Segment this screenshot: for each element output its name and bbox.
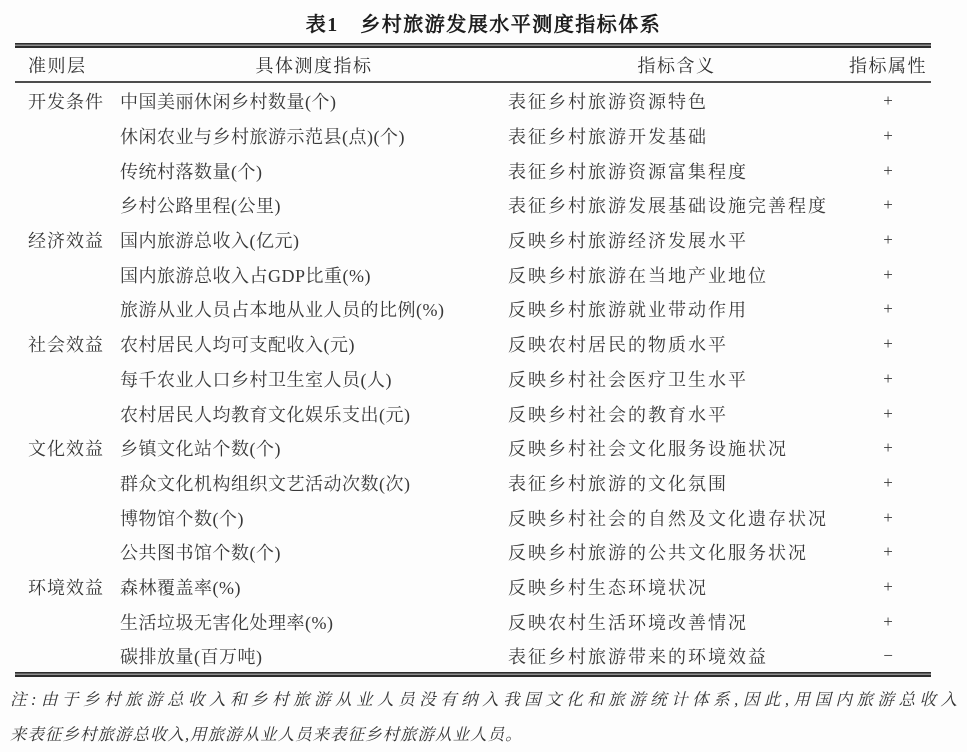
meaning-cell: 反映乡村旅游在当地产业地位 xyxy=(508,262,845,288)
table-row: 国内旅游总收入占GDP比重(%)反映乡村旅游在当地产业地位+ xyxy=(15,257,931,292)
table-row: 农村居民人均教育文化娱乐支出(元)反映乡村社会的教育水平+ xyxy=(15,396,931,431)
paper-page: 表1 乡村旅游发展水平测度指标体系 准则层 具体测度指标 指标含义 指标属性 开… xyxy=(0,0,967,752)
criterion-cell: 经济效益 xyxy=(15,227,120,253)
attribute-cell: + xyxy=(845,265,931,285)
indicator-cell: 博物馆个数(个) xyxy=(120,505,508,531)
table-caption: 表1 乡村旅游发展水平测度指标体系 xyxy=(0,8,967,37)
table-row: 每千农业人口乡村卫生室人员(人)反映乡村社会医疗卫生水平+ xyxy=(15,362,931,397)
indicator-cell: 农村居民人均可支配收入(元) xyxy=(120,331,508,357)
indicator-cell: 乡村公路里程(公里) xyxy=(120,192,508,218)
table-row: 文化效益乡镇文化站个数(个)反映乡村社会文化服务设施状况+ xyxy=(15,431,931,466)
attribute-cell: + xyxy=(845,473,931,493)
attribute-cell: + xyxy=(845,126,931,146)
table-row: 乡村公路里程(公里)表征乡村旅游发展基础设施完善程度+ xyxy=(15,188,931,223)
attribute-cell: + xyxy=(845,369,931,389)
meaning-cell: 反映乡村社会文化服务设施状况 xyxy=(508,435,845,461)
attribute-cell: + xyxy=(845,404,931,424)
attribute-cell: + xyxy=(845,542,931,562)
meaning-cell: 反映乡村社会医疗卫生水平 xyxy=(508,366,845,392)
meaning-cell: 反映乡村旅游的公共文化服务状况 xyxy=(508,539,845,565)
indicator-cell: 公共图书馆个数(个) xyxy=(120,539,508,565)
attribute-cell: + xyxy=(845,161,931,181)
indicator-cell: 休闲农业与乡村旅游示范县(点)(个) xyxy=(120,123,508,149)
criterion-cell: 环境效益 xyxy=(15,574,120,600)
indicator-cell: 森林覆盖率(%) xyxy=(120,574,508,600)
table-row: 开发条件中国美丽休闲乡村数量(个)表征乡村旅游资源特色+ xyxy=(15,84,931,119)
indicator-cell: 传统村落数量(个) xyxy=(120,158,508,184)
indicator-cell: 旅游从业人员占本地从业人员的比例(%) xyxy=(120,296,508,322)
indicator-cell: 农村居民人均教育文化娱乐支出(元) xyxy=(120,401,508,427)
indicator-cell: 生活垃圾无害化处理率(%) xyxy=(120,609,508,635)
table-row: 群众文化机构组织文艺活动次数(次)表征乡村旅游的文化氛围+ xyxy=(15,466,931,501)
meaning-cell: 表征乡村旅游的文化氛围 xyxy=(508,470,845,496)
table-row: 经济效益国内旅游总收入(亿元)反映乡村旅游经济发展水平+ xyxy=(15,223,931,258)
indicator-cell: 中国美丽休闲乡村数量(个) xyxy=(120,88,508,114)
table-row: 博物馆个数(个)反映乡村社会的自然及文化遗存状况+ xyxy=(15,500,931,535)
table-row: 旅游从业人员占本地从业人员的比例(%)反映乡村旅游就业带动作用+ xyxy=(15,292,931,327)
meaning-cell: 反映农村生活环境改善情况 xyxy=(508,609,845,635)
meaning-cell: 表征乡村旅游资源富集程度 xyxy=(508,158,845,184)
table-header-rule xyxy=(15,81,931,83)
attribute-cell: + xyxy=(845,612,931,632)
meaning-cell: 反映农村居民的物质水平 xyxy=(508,331,845,357)
header-indicator-meaning: 指标含义 xyxy=(508,52,845,78)
table-row: 环境效益森林覆盖率(%)反映乡村生态环境状况+ xyxy=(15,570,931,605)
meaning-cell: 表征乡村旅游发展基础设施完善程度 xyxy=(508,192,845,218)
indicator-cell: 每千农业人口乡村卫生室人员(人) xyxy=(120,366,508,392)
table-header-row: 准则层 具体测度指标 指标含义 指标属性 xyxy=(15,48,931,81)
attribute-cell: + xyxy=(845,508,931,528)
table-row: 社会效益农村居民人均可支配收入(元)反映农村居民的物质水平+ xyxy=(15,327,931,362)
criterion-cell: 社会效益 xyxy=(15,331,120,357)
attribute-cell: − xyxy=(845,646,931,666)
header-indicator-attribute: 指标属性 xyxy=(845,52,931,78)
indicator-cell: 碳排放量(百万吨) xyxy=(120,643,508,669)
table-row: 休闲农业与乡村旅游示范县(点)(个)表征乡村旅游开发基础+ xyxy=(15,119,931,154)
attribute-cell: + xyxy=(845,91,931,111)
attribute-cell: + xyxy=(845,577,931,597)
table-row: 传统村落数量(个)表征乡村旅游资源富集程度+ xyxy=(15,153,931,188)
table-row: 公共图书馆个数(个)反映乡村旅游的公共文化服务状况+ xyxy=(15,535,931,570)
table-row: 生活垃圾无害化处理率(%)反映农村生活环境改善情况+ xyxy=(15,604,931,639)
table-row: 碳排放量(百万吨)表征乡村旅游带来的环境效益− xyxy=(15,639,931,674)
indicator-cell: 乡镇文化站个数(个) xyxy=(120,435,508,461)
criterion-cell: 开发条件 xyxy=(15,88,120,114)
meaning-cell: 反映乡村社会的自然及文化遗存状况 xyxy=(508,505,845,531)
header-criterion-layer: 准则层 xyxy=(15,52,120,78)
indicator-cell: 国内旅游总收入(亿元) xyxy=(120,227,508,253)
attribute-cell: + xyxy=(845,438,931,458)
attribute-cell: + xyxy=(845,299,931,319)
attribute-cell: + xyxy=(845,195,931,215)
attribute-cell: + xyxy=(845,230,931,250)
table-footnote: 注:由于乡村旅游总收入和乡村旅游从业人员没有纳入我国文化和旅游统计体系,因此,用… xyxy=(10,682,958,752)
meaning-cell: 表征乡村旅游带来的环境效益 xyxy=(508,643,845,669)
criterion-cell: 文化效益 xyxy=(15,435,120,461)
footnote-line-2: 来表征乡村旅游总收入,用旅游从业人员来表征乡村旅游从业人员。 xyxy=(10,717,958,752)
table-bottom-rule xyxy=(15,672,931,677)
indicator-cell: 国内旅游总收入占GDP比重(%) xyxy=(120,262,508,288)
indicator-cell: 群众文化机构组织文艺活动次数(次) xyxy=(120,470,508,496)
footnote-line-1: 注:由于乡村旅游总收入和乡村旅游从业人员没有纳入我国文化和旅游统计体系,因此,用… xyxy=(10,682,958,717)
table-body: 开发条件中国美丽休闲乡村数量(个)表征乡村旅游资源特色+休闲农业与乡村旅游示范县… xyxy=(15,84,931,674)
meaning-cell: 表征乡村旅游开发基础 xyxy=(508,123,845,149)
meaning-cell: 反映乡村旅游经济发展水平 xyxy=(508,227,845,253)
meaning-cell: 表征乡村旅游资源特色 xyxy=(508,88,845,114)
meaning-cell: 反映乡村生态环境状况 xyxy=(508,574,845,600)
meaning-cell: 反映乡村旅游就业带动作用 xyxy=(508,296,845,322)
meaning-cell: 反映乡村社会的教育水平 xyxy=(508,401,845,427)
header-specific-indicator: 具体测度指标 xyxy=(120,52,508,78)
attribute-cell: + xyxy=(845,334,931,354)
